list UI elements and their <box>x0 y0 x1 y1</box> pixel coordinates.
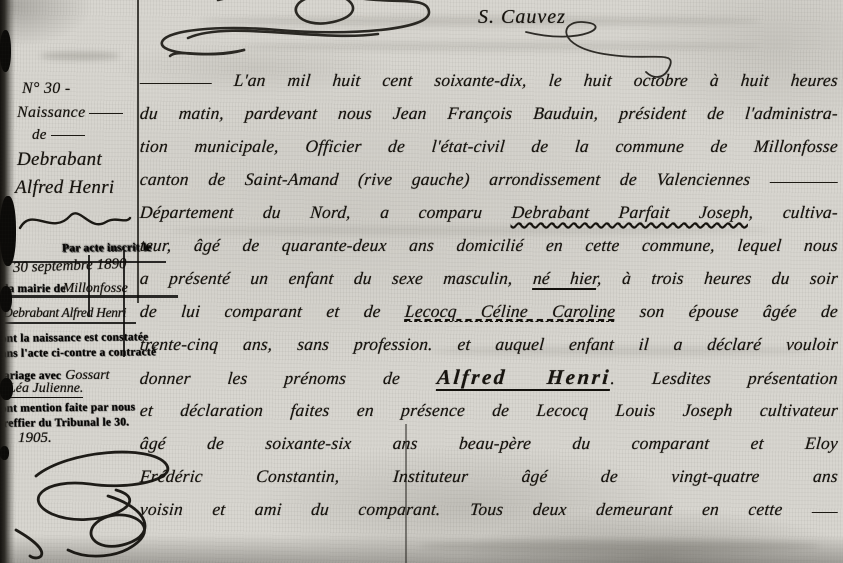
act-line-text: Département du Nord, a comparu <box>139 202 483 222</box>
margin-title-text: de <box>32 127 47 143</box>
act-line: et déclaration faites en présence de Lec… <box>139 394 840 427</box>
book-binding-edge <box>0 0 15 563</box>
ink-blob <box>0 378 13 400</box>
margin-title-text: Naissance <box>17 104 85 121</box>
act-line: trente-cinq ans, sans profession. et auq… <box>139 328 840 361</box>
act-line: donner les prénoms de Alfred Henri. Lesd… <box>139 361 840 394</box>
act-line: a présenté un enfant du sexe masculin, n… <box>139 262 840 295</box>
act-line: canton de Saint-Amand (rive gauche) arro… <box>139 163 840 196</box>
act-line-text: trente-cinq ans, sans profession. et auq… <box>139 334 839 354</box>
stamp-rule <box>3 322 136 324</box>
act-line-text: , cultiva- <box>748 202 839 222</box>
stamp-rule <box>88 255 90 317</box>
lead-in-stroke <box>140 80 212 84</box>
calligraphic-flourish-icon <box>148 0 448 65</box>
greffier-signature-icon <box>8 438 258 563</box>
filler-stroke <box>812 509 838 513</box>
margin-bracket-flourish-icon <box>14 200 134 244</box>
stamp-marriage-date: 30 septembre 1890 <box>13 256 127 277</box>
stamp-line-inscrit: Par acte inscrit le <box>62 242 152 255</box>
act-line-text: , à trois heures du soir <box>596 268 838 288</box>
act-line-text: son épouse âgée de <box>639 301 839 321</box>
stamp-line-greffier: Greffier du Tribunal le 30. <box>0 416 129 429</box>
margin-surname: Debrabant <box>17 149 102 171</box>
act-line: du matin, pardevant nous Jean François B… <box>139 97 840 130</box>
stamp-spouse-firstnames: Léa Julienne. <box>8 381 83 398</box>
act-line-text: teur, âgé de quarante-deux ans domicilié… <box>139 235 839 255</box>
act-line-text: et déclaration faites en présence de Lec… <box>139 400 839 420</box>
act-line-text: canton de Saint-Amand (rive gauche) arro… <box>139 169 751 189</box>
act-number: N° 30 - <box>22 80 71 98</box>
stamp-subject-name: Debrabant Alfred Henri <box>3 305 126 321</box>
stamp-rule <box>123 251 125 357</box>
margin-firstnames: Alfred Henri <box>15 177 114 199</box>
born-yesterday-underlined: né hier <box>532 268 598 290</box>
act-line-text: du matin, pardevant nous Jean François B… <box>139 103 839 123</box>
margin-title-de: de <box>32 127 85 144</box>
mother-name-underlined: Lecocq Céline Caroline <box>404 301 616 322</box>
act-line-text: de lui comparant et de <box>139 301 381 321</box>
father-name-underlined: Debrabant Parfait Joseph <box>511 202 750 222</box>
filler-stroke <box>770 179 838 183</box>
signature-swash-icon <box>512 20 702 80</box>
act-line: L'an mil huit cent soixante-dix, le huit… <box>139 64 840 97</box>
act-line-text: donner les prénoms de <box>139 368 401 388</box>
child-firstnames-underlined: Alfred Henri <box>436 365 612 391</box>
stamp-line-mention: dont mention faite par nous <box>0 401 135 414</box>
act-line: tion municipale, Officier de l'état-civi… <box>139 130 840 163</box>
act-line: de lui comparant et de Lecocq Céline Car… <box>139 295 840 328</box>
margin-title-naissance: Naissance <box>17 104 123 122</box>
ink-blob <box>0 286 12 312</box>
act-line-text: a présenté un enfant du sexe masculin, <box>139 268 513 288</box>
ink-blob <box>0 446 9 460</box>
act-line-text: tion municipale, Officier de l'état-civi… <box>139 136 839 156</box>
act-line: teur, âgé de quarante-deux ans domicilié… <box>139 229 840 262</box>
ink-blob <box>0 196 16 266</box>
stamp-line-contracte: dans l'acte ci-contre a contracté <box>0 346 156 360</box>
stamp-line-naissance: dont la naissance est constatée <box>0 331 148 345</box>
act-line-text: . Lesdites présentation <box>610 368 839 388</box>
stamp-commune-name: Millonfosse <box>63 281 128 296</box>
ink-blob <box>0 30 11 72</box>
act-line: Département du Nord, a comparu Debrabant… <box>139 196 840 229</box>
bleedthrough-streak <box>40 52 120 60</box>
bleedthrough-streak <box>420 540 820 552</box>
registry-scan-page: S. Cauvez N° 30 - Naissance de Debrabant… <box>0 0 843 563</box>
